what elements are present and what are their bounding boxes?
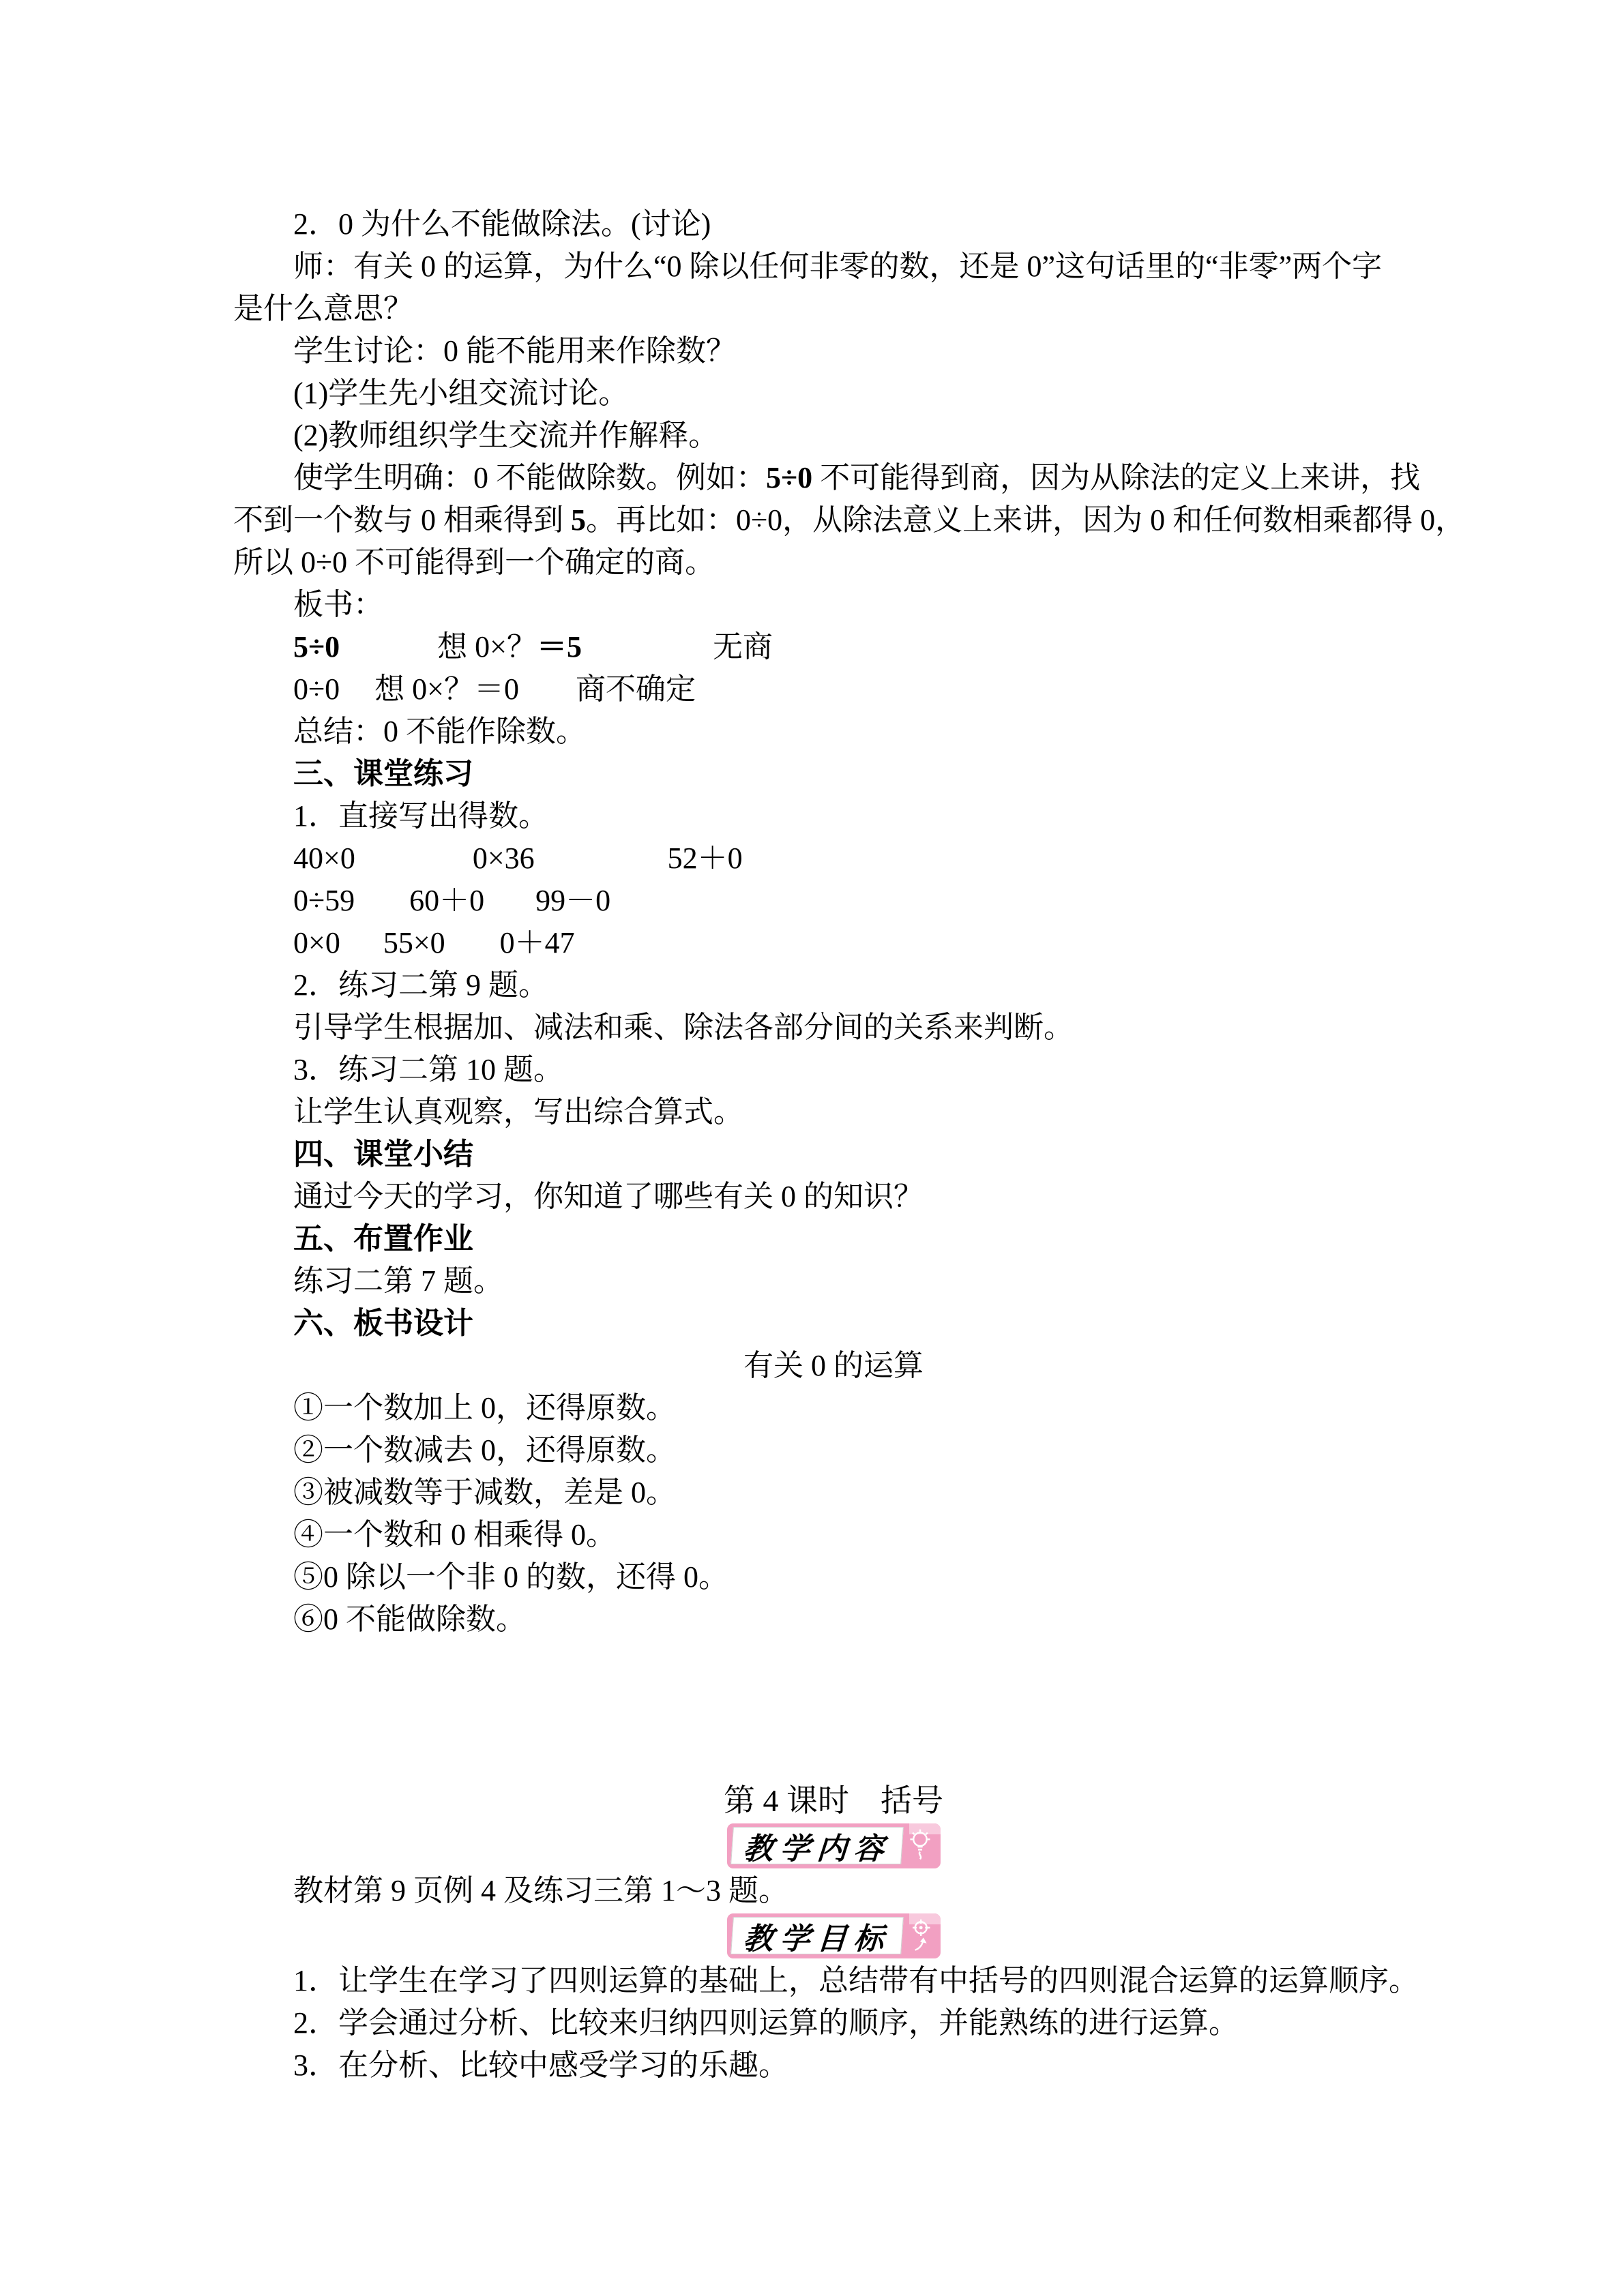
practice-row-3: 0×055×00＋47 (233, 922, 1393, 964)
practice-cell: 99－0 (535, 884, 610, 917)
teaching-content-badge: 教学内容 (727, 1823, 941, 1868)
goal-2: 2．学会通过分析、比较来归纳四则运算的顺序，并能熟练的进行运算。 (233, 2002, 1393, 2044)
practice-cell: 52＋0 (668, 841, 743, 875)
board-summary: 总结：0 不能作除数。 (233, 711, 1393, 753)
board-point-5: ⑤0 除以一个非 0 的数，还得 0。 (233, 1556, 1393, 1598)
section-break (233, 1641, 1393, 1780)
section-5-heading: 五、布置作业 (233, 1218, 1393, 1260)
teaching-goals-badge-label: 教学目标 (730, 1917, 904, 1954)
teaching-content-badge-label: 教学内容 (730, 1827, 904, 1864)
clarify-line1: 使学生明确：0 不能做除数。例如：5÷0 不可能得到商，因为从除法的定义上来讲，… (233, 457, 1393, 499)
board-point-1: ①一个数加上 0，还得原数。 (233, 1387, 1393, 1429)
clarify-line2-bold: 5 (571, 503, 586, 537)
practice-cell: 60＋0 (409, 884, 484, 917)
board-point-4: ④一个数和 0 相乘得 0。 (233, 1514, 1393, 1556)
section-4-heading: 四、课堂小结 (233, 1133, 1393, 1176)
board-point-2: ②一个数减去 0，还得原数。 (233, 1429, 1393, 1472)
practice-cell: 0×36 (473, 841, 535, 875)
lightbulb-icon (902, 1827, 938, 1864)
practice-row-2: 0÷5960＋099－0 (233, 880, 1393, 922)
practice-item-2-note: 引导学生根据加、减法和乘、除法各部分间的关系来判断。 (233, 1007, 1393, 1049)
lesson-plan-page: 2．0 为什么不能做除法。(讨论) 师：有关 0 的运算，为什么“0 除以任何非… (0, 0, 1624, 2296)
practice-item-1: 1．直接写出得数。 (233, 795, 1393, 837)
practice-item-3-note: 让学生认真观察，写出综合算式。 (233, 1091, 1393, 1133)
board-point-3: ③被减数等于减数，差是 0。 (233, 1472, 1393, 1514)
teacher-question-line2: 是什么意思？ (233, 288, 1393, 330)
board-row-1-eq: ＝5 (537, 630, 582, 664)
practice-cell: 55×0 (383, 926, 445, 959)
section-3-heading: 三、课堂练习 (233, 753, 1393, 795)
target-icon (902, 1917, 938, 1954)
practice-cell: 0＋47 (500, 926, 575, 959)
board-row-2: 0÷0想 0×？＝0商不确定 (233, 668, 1393, 711)
lesson-4-title: 第 4 课时 括号 (274, 1780, 1393, 1822)
teaching-goals-badge: 教学目标 (727, 1913, 941, 1958)
board-row-1: 5÷0想 0×？＝5无商 (233, 626, 1393, 668)
board-row-2-think: 想 0×？ (374, 672, 474, 706)
practice-cell: 0÷59 (293, 884, 355, 917)
clarify-line1-bold: 5÷0 (766, 461, 812, 494)
board-row-2-result: 商不确定 (576, 672, 696, 706)
board-point-6: ⑥0 不能做除数。 (233, 1598, 1393, 1641)
clarify-line1-post: 不可能得到商，因为从除法的定义上来讲，找 (812, 461, 1420, 494)
board-row-1-think: 想 0×？ (437, 630, 537, 664)
step-1: (1)学生先小组交流讨论。 (233, 372, 1393, 415)
practice-item-3: 3．练习二第 10 题。 (233, 1049, 1393, 1091)
teaching-content-text: 教材第 9 页例 4 及练习三第 1～3 题。 (233, 1870, 1393, 1912)
board-row-1-expr: 5÷0 (293, 630, 340, 664)
goal-3: 3．在分析、比较中感受学习的乐趣。 (233, 2044, 1393, 2087)
practice-row-1: 40×00×3652＋0 (233, 837, 1393, 880)
homework-text: 练习二第 7 题。 (233, 1260, 1393, 1302)
clarify-line2: 不到一个数与 0 相乘得到 5。再比如：0÷0，从除法意义上来讲，因为 0 和任… (233, 499, 1393, 541)
clarify-line3: 所以 0÷0 不可能得到一个确定的商。 (233, 541, 1393, 584)
teacher-question-line1: 师：有关 0 的运算，为什么“0 除以任何非零的数，还是 0”这句话里的“非零”… (233, 245, 1393, 288)
teaching-goals-badge-row: 教学目标 (274, 1912, 1393, 1960)
teaching-content-badge-row: 教学内容 (274, 1822, 1393, 1870)
item2-heading: 2．0 为什么不能做除法。(讨论) (233, 203, 1393, 245)
page-content: 2．0 为什么不能做除法。(讨论) 师：有关 0 的运算，为什么“0 除以任何非… (233, 203, 1393, 2087)
class-summary-text: 通过今天的学习，你知道了哪些有关 0 的知识？ (233, 1176, 1393, 1218)
practice-cell: 40×0 (293, 841, 355, 875)
clarify-line2-post: 。再比如：0÷0，从除法意义上来讲，因为 0 和任何数相乘都得 0， (586, 503, 1465, 537)
student-discussion: 学生讨论：0 能不能用来作除数？ (233, 330, 1393, 372)
board-row-2-expr: 0÷0 (293, 672, 340, 706)
step-2: (2)教师组织学生交流并作解释。 (233, 415, 1393, 457)
practice-item-2: 2．练习二第 9 题。 (233, 964, 1393, 1007)
practice-cell: 0×0 (293, 926, 340, 959)
clarify-line1-pre: 使学生明确：0 不能做除数。例如： (293, 461, 766, 494)
clarify-line2-pre: 不到一个数与 0 相乘得到 (233, 503, 571, 537)
board-row-1-result: 无商 (713, 630, 773, 664)
board-label: 板书： (233, 584, 1393, 626)
section-6-heading: 六、板书设计 (233, 1302, 1393, 1345)
goal-1: 1．让学生在学习了四则运算的基础上，总结带有中括号的四则混合运算的运算顺序。 (233, 1960, 1393, 2002)
board-row-2-eq: ＝0 (474, 672, 519, 706)
board-design-title: 有关 0 的运算 (274, 1345, 1393, 1387)
